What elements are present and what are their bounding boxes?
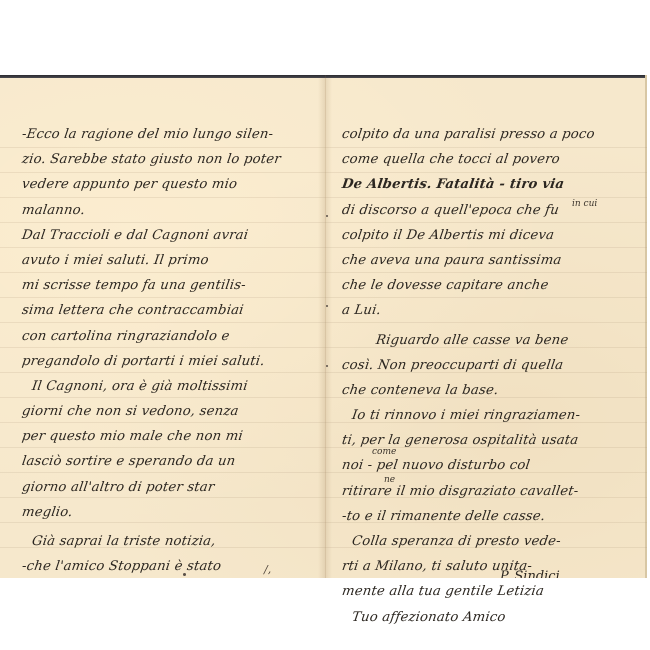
text-line: sima lettera che contraccambiai	[20, 298, 324, 323]
text-line: malanno.	[20, 198, 324, 223]
text-line: giorno all'altro di poter star	[20, 475, 324, 500]
interlinear-insertion: in cui	[572, 199, 597, 209]
text-line: colpito il De Albertis mi diceva	[340, 223, 644, 248]
text-line: -to e il rimanente delle casse.	[340, 504, 644, 529]
text-line: Già saprai la triste notizia,	[20, 529, 324, 554]
text-line: Colla speranza di presto vede-	[340, 529, 644, 554]
text-line: Riguardo alle casse va bene	[340, 328, 644, 353]
text-line: De Albertis. Fatalità - tiro via	[340, 172, 644, 197]
text-line: lasciò sortire e sperando da un	[20, 449, 324, 474]
interlinear-insertion: come	[372, 447, 396, 457]
text-line: mente alla tua gentile Letizia	[340, 579, 644, 604]
text-line: mi scrisse tempo fa una gentilis-	[20, 273, 324, 298]
margin-speck	[326, 215, 328, 217]
text-line: con cartolina ringraziandolo e	[20, 324, 324, 349]
left-page: -Ecco la ragione del mio lungo silen- zi…	[22, 122, 322, 579]
ink-speck	[183, 573, 186, 576]
margin-speck	[326, 305, 328, 307]
text-line: meglio.	[20, 500, 324, 525]
letter-scan: -Ecco la ragione del mio lungo silen- zi…	[0, 75, 647, 578]
text-line: per questo mio male che non mi	[20, 424, 324, 449]
text-line: Io ti rinnovo i miei ringraziamen-	[340, 403, 644, 428]
text-line: che le dovesse capitare anche	[340, 273, 644, 298]
text-line: Il Cagnoni, ora è già moltissimi	[20, 374, 324, 399]
text-line: come quella che tocci al povero	[340, 147, 644, 172]
closing-line: Tuo affezionato Amico	[340, 605, 644, 630]
center-fold	[325, 75, 326, 578]
paper-right-edge	[645, 75, 647, 578]
footer-mark: /,	[264, 563, 271, 576]
text-line: rti a Milano, ti saluto unita-	[340, 554, 644, 579]
text-line: Dal Traccioli e dal Cagnoni avrai	[20, 223, 324, 248]
text-line: colpito da una paralisi presso a poco	[340, 122, 644, 147]
text-line: giorni che non si vedono, senza	[20, 399, 324, 424]
text-line: a Lui.	[340, 298, 644, 323]
text-line: -Ecco la ragione del mio lungo silen-	[20, 122, 324, 147]
paper-top-edge	[0, 75, 647, 78]
text-line: zio. Sarebbe stato giusto non lo poter	[20, 147, 324, 172]
text-line: vedere appunto per questo mio	[20, 172, 324, 197]
text-line: che conteneva la base.	[340, 378, 644, 403]
text-line: -che l'amico Stoppani è stato	[20, 554, 324, 579]
text-line: pregandolo di portarti i miei saluti.	[20, 349, 324, 374]
margin-speck	[326, 365, 328, 367]
interlinear-insertion: ne	[384, 475, 395, 485]
text-line: che aveva una paura santissima	[340, 248, 644, 273]
text-line: così. Non preoccuparti di quella	[340, 353, 644, 378]
text-line: di discorso a quell'epoca che fu	[340, 198, 644, 223]
text-line: avuto i miei saluti. Il primo	[20, 248, 324, 273]
